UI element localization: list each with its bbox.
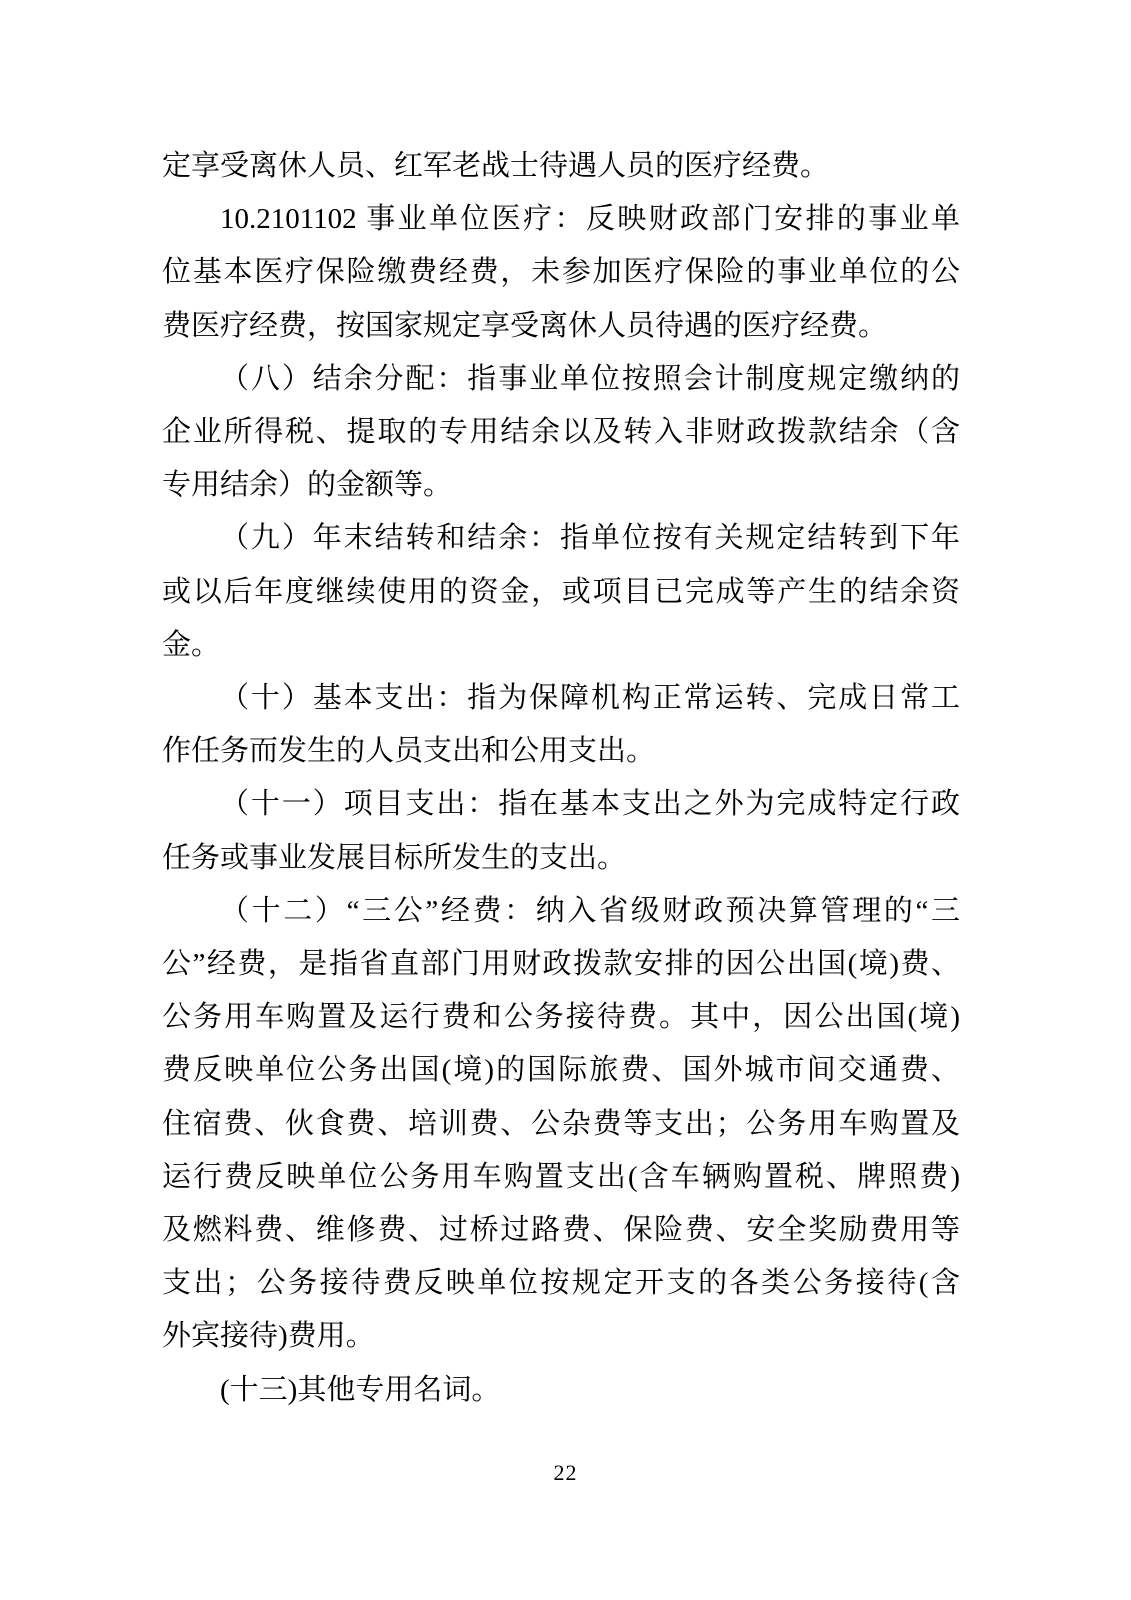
document-line: 费反映单位公务出国(境)的国际旅费、国外城市间交通费、 (162, 1044, 960, 1097)
document-page: 定享受离休人员、红军老战士待遇人员的医疗经费。 10.2101102 事业单位医… (0, 0, 1131, 1600)
document-line: 金。 (162, 619, 960, 672)
document-line: （九）年末结转和结余：指单位按有关规定结转到下年 (162, 512, 960, 565)
document-line: （十一）项目支出：指在基本支出之外为完成特定行政 (162, 778, 960, 831)
document-line: 运行费反映单位公务用车购置支出(含车辆购置税、牌照费) (162, 1151, 960, 1204)
document-line: 定享受离休人员、红军老战士待遇人员的医疗经费。 (162, 140, 960, 193)
document-line: 任务或事业发展目标所发生的支出。 (162, 832, 960, 885)
document-line: 专用结余）的金额等。 (162, 459, 960, 512)
document-line: 住宿费、伙食费、培训费、公杂费等支出；公务用车购置及 (162, 1098, 960, 1151)
page-number: 22 (0, 1462, 1131, 1484)
document-line: 公”经费，是指省直部门用财政拨款安排的因公出国(境)费、 (162, 938, 960, 991)
document-body-text: 定享受离休人员、红军老战士待遇人员的医疗经费。 10.2101102 事业单位医… (162, 140, 960, 1417)
document-line: 10.2101102 事业单位医疗：反映财政部门安排的事业单 (162, 193, 960, 246)
document-line: （十二）“三公”经费：纳入省级财政预决算管理的“三 (162, 885, 960, 938)
document-line: 费医疗经费，按国家规定享受离休人员待遇的医疗经费。 (162, 300, 960, 353)
document-line: (十三)其他专用名词。 (162, 1364, 960, 1417)
document-line: 支出；公务接待费反映单位按规定开支的各类公务接待(含 (162, 1257, 960, 1310)
document-line: 或以后年度继续使用的资金，或项目已完成等产生的结余资 (162, 566, 960, 619)
document-line: （十）基本支出：指为保障机构正常运转、完成日常工 (162, 672, 960, 725)
document-line: 作任务而发生的人员支出和公用支出。 (162, 725, 960, 778)
document-line: 外宾接待)费用。 (162, 1310, 960, 1363)
document-line: （八）结余分配：指事业单位按照会计制度规定缴纳的 (162, 353, 960, 406)
document-line: 企业所得税、提取的专用结余以及转入非财政拨款结余（含 (162, 406, 960, 459)
document-line: 及燃料费、维修费、过桥过路费、保险费、安全奖励费用等 (162, 1204, 960, 1257)
document-line: 位基本医疗保险缴费经费，未参加医疗保险的事业单位的公 (162, 246, 960, 299)
document-line: 公务用车购置及运行费和公务接待费。其中，因公出国(境) (162, 991, 960, 1044)
